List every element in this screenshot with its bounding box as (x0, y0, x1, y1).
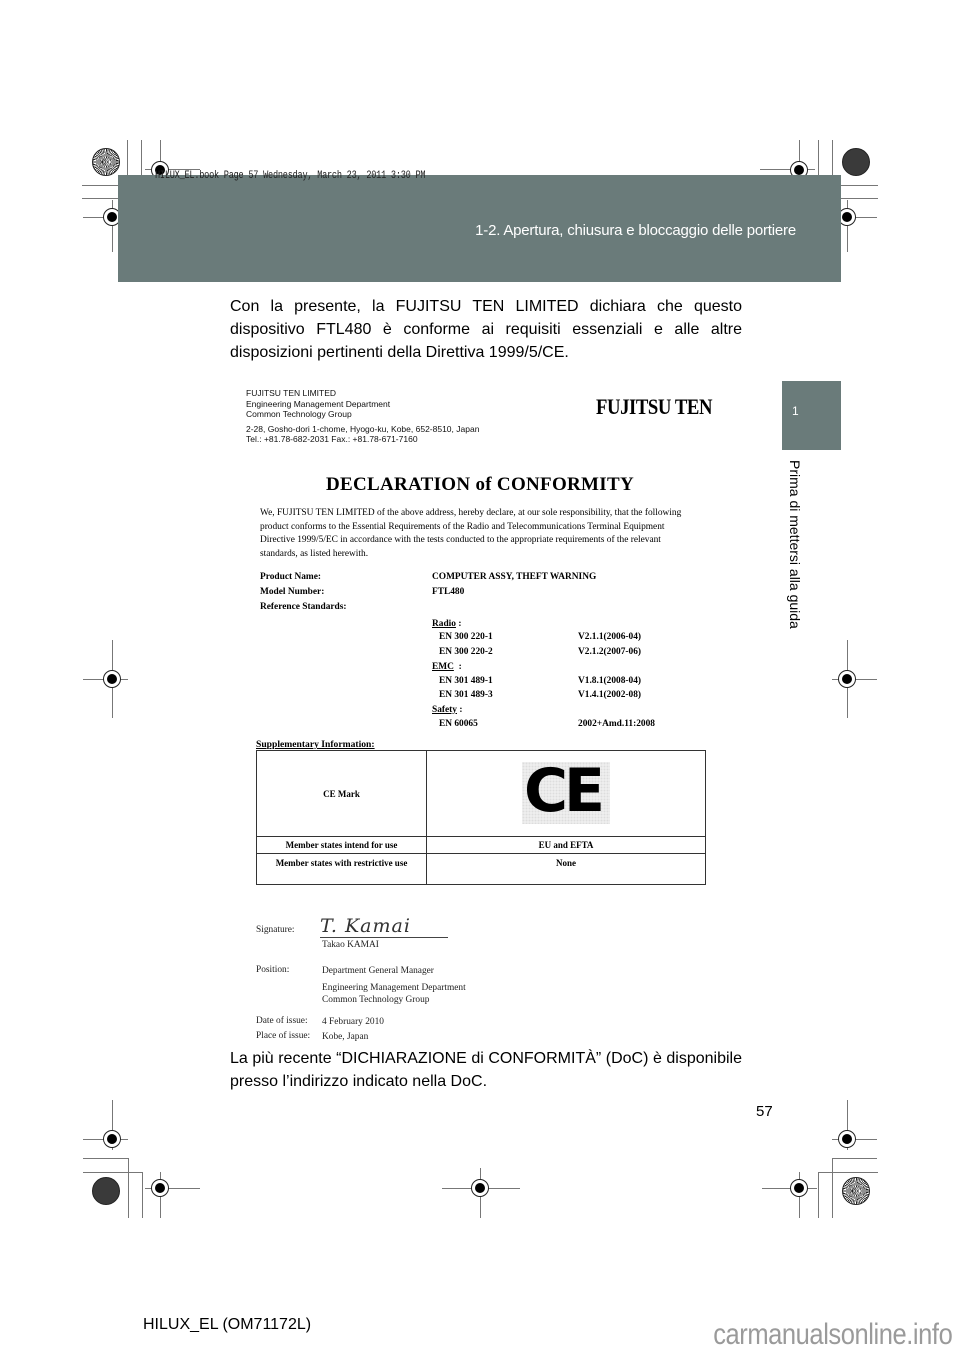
company-address-block: FUJITSU TEN LIMITED Engineering Manageme… (246, 388, 479, 445)
supplementary-table: CE Mark CE Member states intend for use … (256, 750, 706, 885)
company-address: 2-28, Gosho-dori 1-chome, Hyogo-ku, Kobe… (246, 424, 479, 435)
date-of-issue-label: Date of issue: (256, 1016, 308, 1026)
company-contacts: Tel.: +81.78-682-2031 Fax.: +81.78-671-7… (246, 434, 479, 445)
member-states-use-label: Member states intend for use (257, 837, 427, 854)
ce-mark-icon: CE (522, 762, 610, 824)
crop-line (142, 1172, 143, 1218)
standard-version: V1.8.1(2008-04) (578, 676, 641, 686)
standard-version: V2.1.1(2006-04) (578, 632, 641, 642)
standard-item: EN 301 489-3 (439, 690, 493, 700)
declaration-of-conformity: FUJITSU TEN LIMITED Engineering Manageme… (240, 380, 720, 1040)
product-name-label: Product Name: (260, 572, 321, 582)
company-department: Engineering Management Department (246, 399, 479, 410)
standard-item: EN 60065 (439, 719, 478, 729)
standard-version: V2.1.2(2007-06) (578, 647, 641, 657)
standard-version: V1.4.1(2002-08) (578, 690, 641, 700)
crop-line (83, 1172, 143, 1173)
standard-item: EN 300 220-2 (439, 647, 493, 657)
registration-target-icon (471, 1179, 489, 1197)
intro-paragraph: Con la presente, la FUJITSU TEN LIMITED … (230, 295, 742, 364)
crop-line (818, 1172, 819, 1218)
registration-star-icon (92, 148, 120, 176)
restrictive-use-label: Member states with restrictive use (257, 854, 427, 885)
registration-target-icon (103, 670, 121, 688)
declaration-title: DECLARATION of CONFORMITY (240, 474, 720, 496)
page-number: 57 (756, 1103, 773, 1120)
outro-paragraph: La più recente “DICHIARAZIONE di CONFORM… (230, 1047, 742, 1093)
registration-target-icon (151, 1179, 169, 1197)
standard-version: 2002+Amd.11:2008 (578, 719, 655, 729)
registration-star-icon (842, 1177, 870, 1205)
product-name-value: COMPUTER ASSY, THEFT WARNING (432, 572, 596, 582)
member-states-use-value: EU and EFTA (427, 837, 706, 854)
section-title: 1-2. Apertura, chiusura e bloccaggio del… (475, 222, 796, 239)
declaration-statement: We, FUJITSU TEN LIMITED of the above add… (260, 507, 700, 561)
company-name: FUJITSU TEN LIMITED (246, 388, 479, 399)
reference-standards-label: Reference Standards: (260, 602, 347, 612)
crop-line (83, 1158, 128, 1159)
table-row: CE Mark CE (257, 751, 706, 837)
chapter-label: Prima di mettersi alla guida (786, 460, 804, 640)
model-number-value: FTL480 (432, 587, 464, 597)
manual-code: HILUX_EL (OM71172L) (143, 1316, 311, 1334)
chapter-number: 1 (792, 404, 799, 418)
ce-mark-label: CE Mark (257, 751, 427, 837)
crop-line (832, 1158, 833, 1218)
table-row: Member states with restrictive use None (257, 854, 706, 885)
chapter-label-text: Prima di mettersi alla guida (787, 460, 803, 629)
registration-target-icon (103, 1130, 121, 1148)
crop-line (128, 1158, 129, 1218)
registration-disc-icon (842, 148, 870, 176)
standards-group-safety: Safety : (432, 705, 462, 715)
position-value: Department General Manager Engineering M… (322, 965, 466, 1007)
book-info: HILUX_EL.book Page 57 Wednesday, March 2… (155, 170, 425, 182)
crop-line (832, 1158, 877, 1159)
company-group: Common Technology Group (246, 409, 479, 420)
place-of-issue-label: Place of issue: (256, 1031, 310, 1041)
registration-target-icon (790, 1179, 808, 1197)
chapter-tab (782, 381, 841, 450)
standards-group-radio: Radio : (432, 619, 461, 629)
date-of-issue-value: 4 February 2010 (322, 1016, 384, 1029)
place-of-issue-value: Kobe, Japan (322, 1031, 368, 1044)
model-number-label: Model Number: (260, 587, 324, 597)
fujitsu-ten-logo: FUJITSU TEN (596, 394, 712, 420)
standards-group-emc: EMC : (432, 662, 462, 672)
watermark[interactable]: carmanualsonline.info (713, 1318, 952, 1352)
ce-mark-cell: CE (427, 751, 706, 837)
table-row: Member states intend for use EU and EFTA (257, 837, 706, 854)
crop-line (818, 1172, 878, 1173)
position-label: Position: (256, 965, 289, 975)
registration-disc-icon (92, 1177, 120, 1205)
registration-target-icon (838, 670, 856, 688)
restrictive-use-value: None (427, 854, 706, 885)
signature-image: T. Kamai (320, 915, 448, 938)
standard-item: EN 301 489-1 (439, 676, 493, 686)
supplementary-label: Supplementary Information: (256, 739, 375, 750)
signature-label: Signature: (256, 925, 295, 935)
standard-item: EN 300 220-1 (439, 632, 493, 642)
signatory-name: Takao KAMAI (322, 939, 379, 952)
registration-target-icon (838, 1130, 856, 1148)
